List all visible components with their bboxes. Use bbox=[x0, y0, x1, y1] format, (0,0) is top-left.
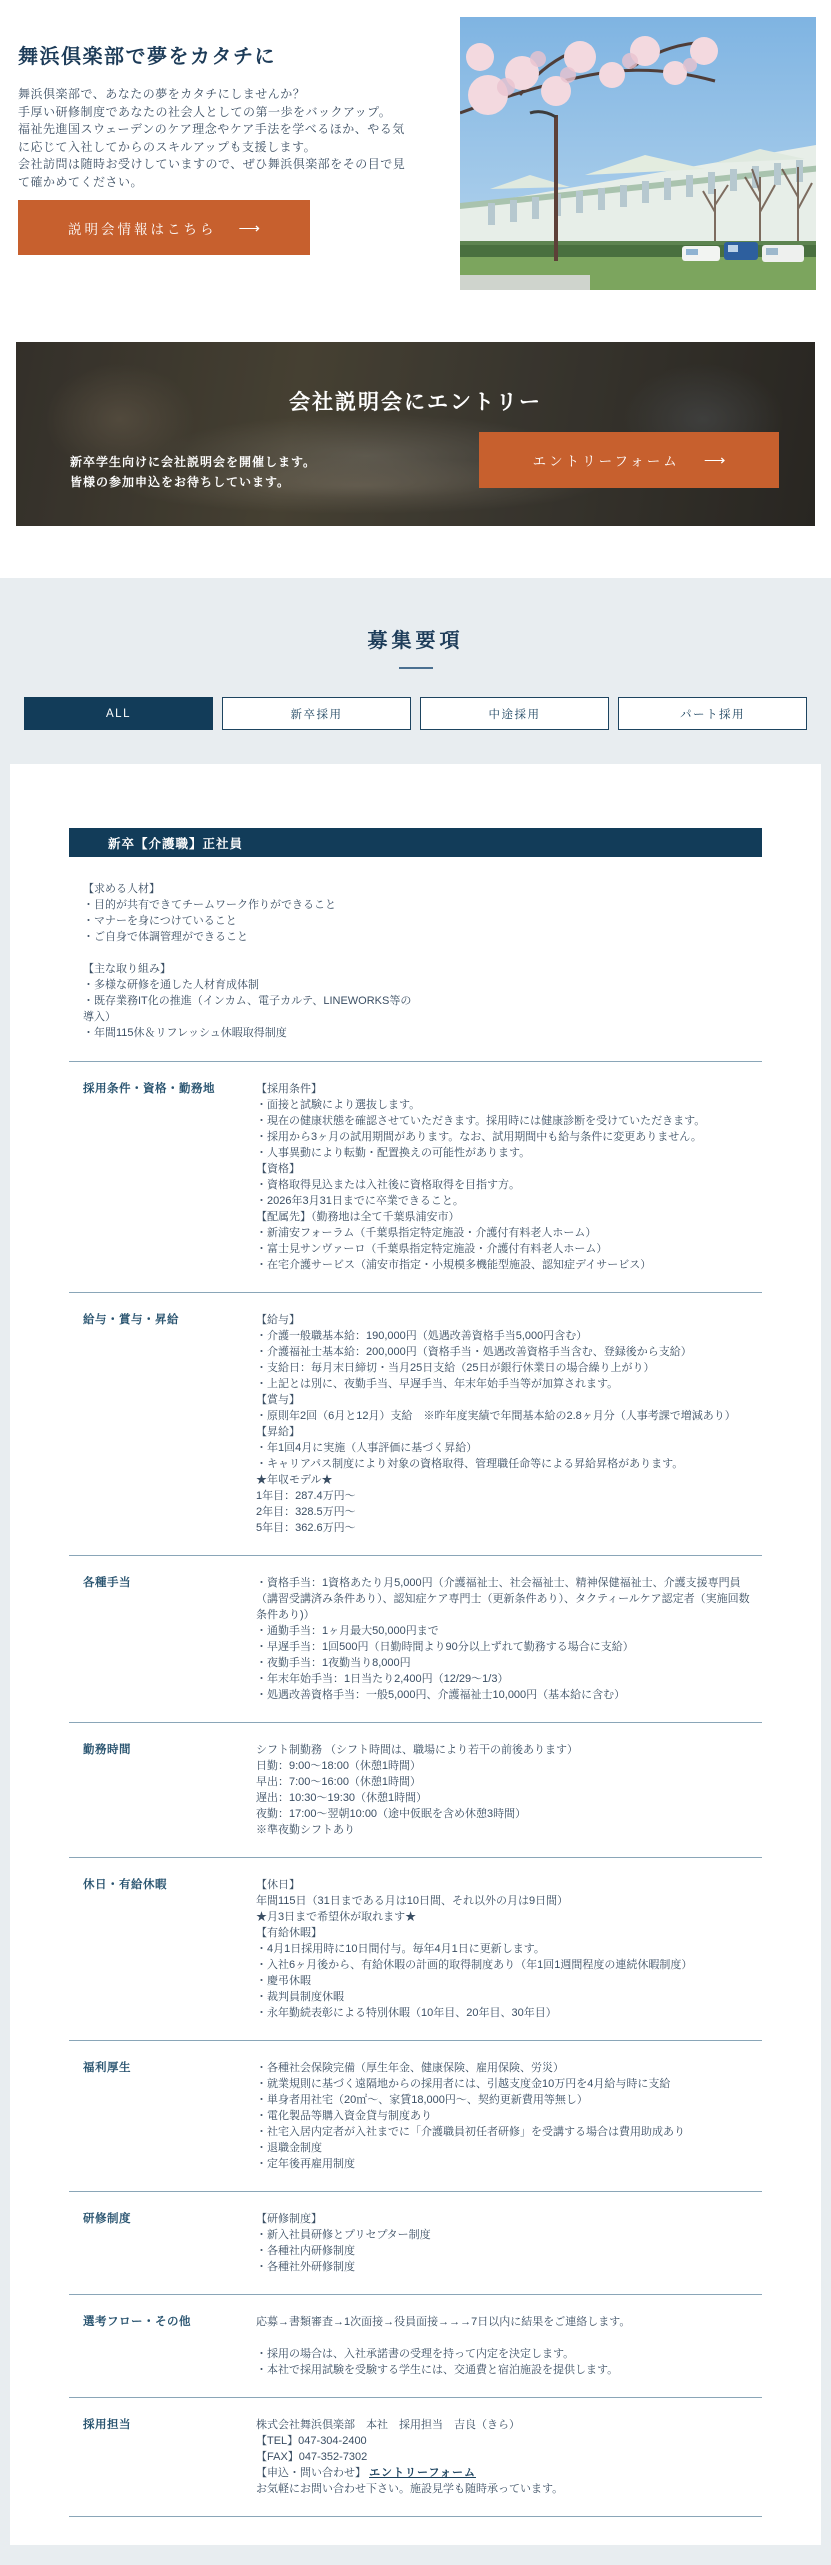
job-row-selection: 選考フロー・その他応募→書類審査→1次面接→役員面接→→→7日以内に結果をご連絡… bbox=[69, 2294, 762, 2397]
row-label-allowances: 各種手当 bbox=[69, 1575, 256, 1703]
row-line: ・永年勤続表彰による特別休暇（10年目、20年目、30年目） bbox=[256, 2005, 762, 2021]
entry-banner: 会社説明会にエントリー 新卒学生向けに会社説明会を開催します。皆様の参加申込をお… bbox=[16, 342, 815, 526]
intro-line: 【求める人材】 bbox=[83, 881, 762, 897]
row-line: 【昇給】 bbox=[256, 1424, 762, 1440]
row-line bbox=[256, 2330, 762, 2346]
row-line: ・原則年2回（6月と12月）支給 ※昨年度実績で年間基本給の2.8ヶ月分（人事考… bbox=[256, 1408, 762, 1424]
banner-text-line: 新卒学生向けに会社説明会を開催します。 bbox=[70, 452, 316, 472]
row-line: ・入社6ヶ月後から、有給休暇の計画的取得制度あり（年1回1週間程度の連続休暇制度… bbox=[256, 1957, 762, 1973]
job-rows: 採用条件・資格・勤務地【採用条件】・面接と試験により選抜します。・現在の健康状態… bbox=[69, 1061, 762, 2517]
job-row-contact: 採用担当株式会社舞浜倶楽部 本社 採用担当 吉良（きら）【TEL】047-304… bbox=[69, 2397, 762, 2516]
intro-block: 【主な取り組み】・多様な研修を通した人材育成体制・既存業務IT化の推進（インカム… bbox=[83, 961, 762, 1041]
entry-form-button[interactable]: エントリーフォーム ⟶ bbox=[479, 432, 779, 488]
row-line: ・現在の健康状態を確認させていただきます。採用時には健康診断を受けていただきます… bbox=[256, 1113, 762, 1129]
campus-photo bbox=[460, 17, 816, 290]
banner-text-line: 皆様の参加申込をお待ちしています。 bbox=[70, 472, 316, 492]
entry-form-link[interactable]: エントリーフォーム bbox=[369, 2467, 476, 2479]
intro-line: ・多様な研修を通した人材育成体制 bbox=[83, 977, 762, 993]
row-label-contact: 採用担当 bbox=[69, 2417, 256, 2497]
row-line: 応募→書類審査→1次面接→役員面接→→→7日以内に結果をご連絡します。 bbox=[256, 2314, 762, 2330]
row-label-conditions: 採用条件・資格・勤務地 bbox=[69, 1081, 256, 1273]
tab-chuto[interactable]: 中途採用 bbox=[420, 697, 609, 730]
job-row-training: 研修制度【研修制度】・新入社員研修とプリセプター制度・各種社内研修制度・各種社外… bbox=[69, 2191, 762, 2294]
job-row-allowances: 各種手当・資格手当：1資格あたり月5,000円（介護福祉士、社会福祉士、精神保健… bbox=[69, 1555, 762, 1722]
row-line: 5年目：362.6万円～ bbox=[256, 1520, 762, 1536]
row-line: ・退職金制度 bbox=[256, 2140, 762, 2156]
hero-paragraph-line: 手厚い研修制度であなたの社会人としての第一歩をバックアップ。 bbox=[18, 104, 405, 122]
row-line: ・4月1日採用時に10日間付与。毎年4月1日に更新します。 bbox=[256, 1941, 762, 1957]
intro-line: ・年間115休＆リフレッシュ休暇取得制度 bbox=[83, 1025, 762, 1041]
row-line: シフト制勤務 （シフト時間は、職場により若干の前後あります） bbox=[256, 1742, 762, 1758]
recruit-tabs: ALL新卒採用中途採用パート採用 bbox=[24, 697, 807, 730]
arrow-right-icon: ⟶ bbox=[238, 219, 260, 237]
row-line: ・支給日：毎月末日締切・当月25日支給（25日が銀行休業日の場合繰り上がり） bbox=[256, 1360, 762, 1376]
tab-part[interactable]: パート採用 bbox=[618, 697, 807, 730]
row-line: ・早遅手当：1回500円（日勤時間より90分以上ずれて勤務する場合に支給） bbox=[256, 1639, 762, 1655]
hero-paragraph-line: に応じて入社してからのスキルアップも支援します。 bbox=[18, 139, 405, 157]
row-line: ・本社で採用試験を受験する学生には、交通費と宿泊施設を提供します。 bbox=[256, 2362, 762, 2378]
row-line: お気軽にお問い合わせ下さい。施設見学も随時承っています。 bbox=[256, 2481, 762, 2497]
row-line: ・介護一般職基本給：190,000円（処遇改善資格手当5,000円含む） bbox=[256, 1328, 762, 1344]
row-line: ・各種社外研修制度 bbox=[256, 2259, 762, 2275]
hero-paragraph-line: 会社訪問は随時お受けしていますので、ぜひ舞浜倶楽部をその目で見 bbox=[18, 156, 405, 174]
row-line: ・裁判員制度休暇 bbox=[256, 1989, 762, 2005]
row-line: 【有給休暇】 bbox=[256, 1925, 762, 1941]
row-line: ・年末年始手当：1日当たり2,400円（12/29～1/3） bbox=[256, 1671, 762, 1687]
row-line: 【採用条件】 bbox=[256, 1081, 762, 1097]
row-line: 1年目：287.4万円～ bbox=[256, 1488, 762, 1504]
row-line: ・社宅入居内定者が入社までに「介護職員初任者研修」を受講する場合は費用助成あり bbox=[256, 2124, 762, 2140]
row-line: ・資格取得見込または入社後に資格取得を目指す方。 bbox=[256, 1177, 762, 1193]
row-line: ・上記とは別に、夜勤手当、早遅手当、年末年始手当等が加算されます。 bbox=[256, 1376, 762, 1392]
tab-all[interactable]: ALL bbox=[24, 697, 213, 730]
row-line: ・人事異動により転勤・配置換えの可能性があります。 bbox=[256, 1145, 762, 1161]
row-line: ・単身者用社宅（20㎡～、家賃18,000円～、契約更新費用等無し） bbox=[256, 2092, 762, 2108]
row-line: ・電化製品等購入資金貸与制度あり bbox=[256, 2108, 762, 2124]
row-line: ・採用の場合は、入社承諾書の受理を持って内定を決定します。 bbox=[256, 2346, 762, 2362]
row-line: 【資格】 bbox=[256, 1161, 762, 1177]
row-line: ・2026年3月31日までに卒業できること。 bbox=[256, 1193, 762, 1209]
seminar-info-button-label: 説明会情報はこちら bbox=[68, 218, 217, 238]
row-label-salary: 給与・賞与・昇給 bbox=[69, 1312, 256, 1536]
row-line: ・在宅介護サービス（浦安市指定・小規模多機能型施設、認知症デイサービス） bbox=[256, 1257, 762, 1273]
row-line: 早出：7:00～16:00（休憩1時間） bbox=[256, 1774, 762, 1790]
row-label-holidays: 休日・有給休暇 bbox=[69, 1877, 256, 2021]
row-line: ・介護福祉士基本給：200,000円（資格手当・処遇改善資格手当含む、登録後から… bbox=[256, 1344, 762, 1360]
hero-section: 舞浜倶楽部で夢をカタチに 舞浜倶楽部で、あなたの夢をカタチにしませんか？手厚い研… bbox=[0, 0, 831, 300]
row-line: ・新浦安フォーラム（千葉県指定特定施設・介護付有料老人ホーム） bbox=[256, 1225, 762, 1241]
title-underline bbox=[399, 667, 433, 669]
row-line: ・新入社員研修とプリセプター制度 bbox=[256, 2227, 762, 2243]
banner-title: 会社説明会にエントリー bbox=[16, 386, 815, 416]
job-row-holidays: 休日・有給休暇【休日】年間115日（31日まである月は10日間、それ以外の月は9… bbox=[69, 1857, 762, 2040]
row-line: ・通勤手当：1ヶ月最大50,000円まで bbox=[256, 1623, 762, 1639]
job-card: 新卒【介護職】正社員 【求める人材】・目的が共有できてチームワーク作りができるこ… bbox=[10, 764, 821, 2545]
row-line: 【申込・問い合わせ】 エントリーフォーム bbox=[256, 2465, 762, 2481]
row-line: ・各種社会保険完備（厚生年金、健康保険、雇用保険、労災） bbox=[256, 2060, 762, 2076]
intro-line: ・既存業務IT化の推進（インカム、電子カルテ、LINEWORKS等の bbox=[83, 993, 762, 1009]
page-title: 舞浜倶楽部で夢をカタチに bbox=[18, 40, 276, 69]
intro-block: 【求める人材】・目的が共有できてチームワーク作りができること・マナーを身につけて… bbox=[83, 881, 762, 945]
row-line: 日勤：9:00～18:00（休憩1時間） bbox=[256, 1758, 762, 1774]
row-line: ・資格手当：1資格あたり月5,000円（介護福祉士、社会福祉士、精神保健福祉士、… bbox=[256, 1575, 762, 1591]
recruit-section-title: 募集要項 bbox=[0, 624, 831, 653]
arrow-right-icon: ⟶ bbox=[704, 451, 726, 469]
row-line: 【TEL】047-304-2400 bbox=[256, 2433, 762, 2449]
tab-shinsotsu[interactable]: 新卒採用 bbox=[222, 697, 411, 730]
row-label-training: 研修制度 bbox=[69, 2211, 256, 2275]
row-label-hours: 勤務時間 bbox=[69, 1742, 256, 1838]
job-row-benefits: 福利厚生・各種社会保険完備（厚生年金、健康保険、雇用保険、労災）・就業規則に基づ… bbox=[69, 2040, 762, 2191]
job-row-conditions: 採用条件・資格・勤務地【採用条件】・面接と試験により選抜します。・現在の健康状態… bbox=[69, 1061, 762, 1292]
job-row-hours: 勤務時間シフト制勤務 （シフト時間は、職場により若干の前後あります）日勤：9:0… bbox=[69, 1722, 762, 1857]
next-section-strip bbox=[0, 2555, 831, 2565]
row-line: ・就業規則に基づく遠隔地からの採用者には、引越支度金10万円を4月給与時に支給 bbox=[256, 2076, 762, 2092]
row-content-salary: 【給与】・介護一般職基本給：190,000円（処遇改善資格手当5,000円含む）… bbox=[256, 1312, 762, 1536]
row-content-selection: 応募→書類審査→1次面接→役員面接→→→7日以内に結果をご連絡します。 ・採用の… bbox=[256, 2314, 762, 2378]
seminar-info-button[interactable]: 説明会情報はこちら ⟶ bbox=[18, 200, 310, 255]
row-line: ※準夜勤シフトあり bbox=[256, 1822, 762, 1838]
row-line: 【賞与】 bbox=[256, 1392, 762, 1408]
row-line: ・定年後再雇用制度 bbox=[256, 2156, 762, 2172]
intro-line: 【主な取り組み】 bbox=[83, 961, 762, 977]
row-line: ・処遇改善資格手当：一般5,000円、介護福祉士10,000円（基本給に含む） bbox=[256, 1687, 762, 1703]
row-line: 株式会社舞浜倶楽部 本社 採用担当 吉良（きら） bbox=[256, 2417, 762, 2433]
row-line: 遅出：10:30～19:30（休憩1時間） bbox=[256, 1790, 762, 1806]
row-content-conditions: 【採用条件】・面接と試験により選抜します。・現在の健康状態を確認させていただきま… bbox=[256, 1081, 762, 1273]
hero-paragraph-line: 舞浜倶楽部で、あなたの夢をカタチにしませんか？ bbox=[18, 86, 405, 104]
intro-line: 導入） bbox=[83, 1009, 762, 1025]
row-label-selection: 選考フロー・その他 bbox=[69, 2314, 256, 2378]
job-card-header: 新卒【介護職】正社員 bbox=[69, 828, 762, 857]
row-content-training: 【研修制度】・新入社員研修とプリセプター制度・各種社内研修制度・各種社外研修制度 bbox=[256, 2211, 762, 2275]
row-line: ・採用から3ヶ月の試用期間があります。なお、試用期間中も給与条件に変更ありません… bbox=[256, 1129, 762, 1145]
row-line: ★年収モデル★ bbox=[256, 1472, 762, 1488]
row-content-hours: シフト制勤務 （シフト時間は、職場により若干の前後あります）日勤：9:00～18… bbox=[256, 1742, 762, 1838]
row-line: ・面接と試験により選抜します。 bbox=[256, 1097, 762, 1113]
row-line: ・キャリアパス制度により対象の資格取得、管理職任命等による昇給昇格があります。 bbox=[256, 1456, 762, 1472]
row-content-contact: 株式会社舞浜倶楽部 本社 採用担当 吉良（きら）【TEL】047-304-240… bbox=[256, 2417, 762, 2497]
row-content-holidays: 【休日】年間115日（31日まである月は10日間、それ以外の月は9日間）★月3日… bbox=[256, 1877, 762, 2021]
recruit-section: 募集要項 ALL新卒採用中途採用パート採用 新卒【介護職】正社員 【求める人材】… bbox=[0, 578, 831, 2555]
row-line: ・慶弔休暇 bbox=[256, 1973, 762, 1989]
contact-apply-prefix: 【申込・問い合わせ】 bbox=[256, 2467, 369, 2479]
job-row-salary: 給与・賞与・昇給【給与】・介護一般職基本給：190,000円（処遇改善資格手当5… bbox=[69, 1292, 762, 1555]
row-line: ・富士見サンヴァーロ（千葉県指定特定施設・介護付有料老人ホーム） bbox=[256, 1241, 762, 1257]
row-line: 年間115日（31日まである月は10日間、それ以外の月は9日間） bbox=[256, 1893, 762, 1909]
intro-line: ・目的が共有できてチームワーク作りができること bbox=[83, 897, 762, 913]
job-intro: 【求める人材】・目的が共有できてチームワーク作りができること・マナーを身につけて… bbox=[83, 881, 762, 1061]
row-line: ・各種社内研修制度 bbox=[256, 2243, 762, 2259]
job-title: 新卒【介護職】正社員 bbox=[108, 834, 243, 852]
row-content-benefits: ・各種社会保険完備（厚生年金、健康保険、雇用保険、労災）・就業規則に基づく遠隔地… bbox=[256, 2060, 762, 2172]
row-line: 【休日】 bbox=[256, 1877, 762, 1893]
intro-line: ・マナーを身につけていること bbox=[83, 913, 762, 929]
entry-form-button-label: エントリーフォーム bbox=[533, 450, 680, 470]
row-content-allowances: ・資格手当：1資格あたり月5,000円（介護福祉士、社会福祉士、精神保健福祉士、… bbox=[256, 1575, 762, 1703]
row-line: ・夜勤手当：1夜勤当り8,000円 bbox=[256, 1655, 762, 1671]
row-line: 2年目：328.5万円～ bbox=[256, 1504, 762, 1520]
hero-paragraph-line: 福祉先進国スウェーデンのケア理念やケア手法を学べるほか、やる気 bbox=[18, 121, 405, 139]
row-line: 夜勤：17:00～翌朝10:00（途中仮眠を含め休憩3時間） bbox=[256, 1806, 762, 1822]
hero-paragraph: 舞浜倶楽部で、あなたの夢をカタチにしませんか？手厚い研修制度であなたの社会人とし… bbox=[18, 86, 405, 191]
row-label-benefits: 福利厚生 bbox=[69, 2060, 256, 2172]
intro-line: ・ご自身で体調管理ができること bbox=[83, 929, 762, 945]
row-line: 【研修制度】 bbox=[256, 2211, 762, 2227]
row-line: 条件あり)） bbox=[256, 1607, 762, 1623]
row-line: 【配属先】（勤務地は全て千葉県浦安市） bbox=[256, 1209, 762, 1225]
row-line: ★月3日まで希望休が取れます★ bbox=[256, 1909, 762, 1925]
row-line: 【給与】 bbox=[256, 1312, 762, 1328]
row-line: ・年1回4月に実施（人事評価に基づく昇給） bbox=[256, 1440, 762, 1456]
row-line: 【FAX】047-352-7302 bbox=[256, 2449, 762, 2465]
hero-paragraph-line: て確かめてください。 bbox=[18, 174, 405, 192]
banner-text: 新卒学生向けに会社説明会を開催します。皆様の参加申込をお待ちしています。 bbox=[70, 452, 316, 492]
row-line: （講習受講済み条件あり）、認知症ケア専門士（更新条件あり）、タクティールケア認定… bbox=[256, 1591, 762, 1607]
